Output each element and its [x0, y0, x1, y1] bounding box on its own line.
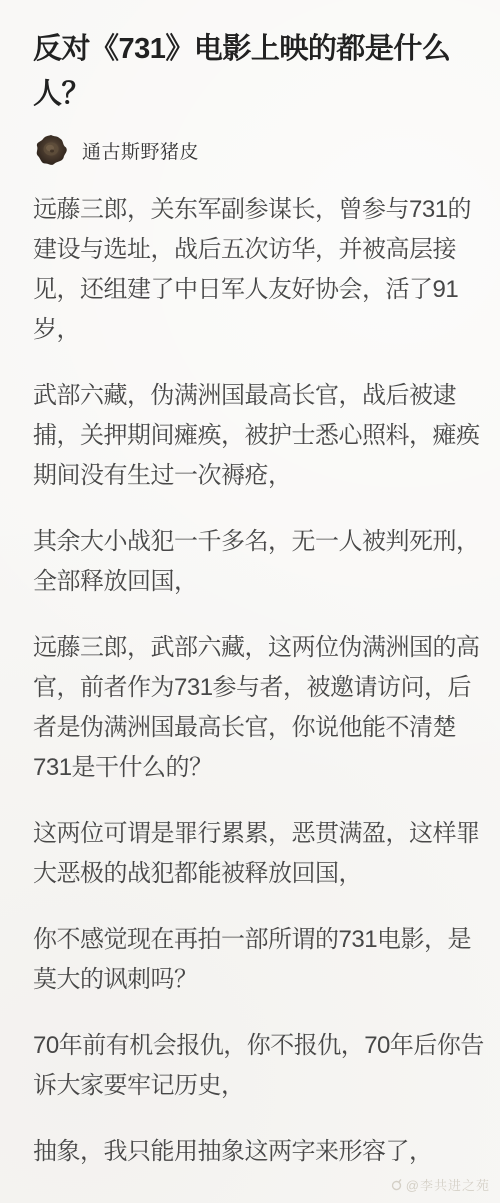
text-line: 诉大家要牢记历史，: [33, 1066, 467, 1106]
paragraph: 抽象，我只能用抽象这两字来形容了，: [33, 1132, 467, 1172]
text-line: 其余大小战犯一千多名，无一人被判死刑，: [33, 522, 467, 562]
post-title: 反对《731》电影上映的都是什么 人？: [33, 27, 467, 117]
text-line: 远藤三郎，关东军副参谋长，曾参与731的: [33, 190, 467, 230]
text-line: 武部六藏，伪满洲国最高长官，战后被逮: [33, 376, 467, 416]
text-line: 这两位可谓是罪行累累，恶贯满盈，这样罪: [33, 814, 467, 854]
camera-badge-icon: [390, 1177, 404, 1191]
text-line: 期间没有生过一次褥疮，: [33, 456, 467, 496]
paragraph: 远藤三郎，武部六藏，这两位伪满洲国的高官，前者作为731参与者，被邀请访问，后者…: [33, 628, 467, 788]
paragraph: 这两位可谓是罪行累累，恶贯满盈，这样罪大恶极的战犯都能被释放回国，: [33, 814, 467, 894]
text-line: 抽象，我只能用抽象这两字来形容了，: [33, 1132, 467, 1172]
author-name[interactable]: 通古斯野猪皮: [82, 137, 199, 164]
text-line: 建设与选址，战后五次访华，并被高层接: [33, 230, 467, 270]
author-row: 通古斯野猪皮: [33, 131, 467, 169]
text-line: 官，前者作为731参与者，被邀请访问，后: [33, 668, 467, 708]
paragraph: 其余大小战犯一千多名，无一人被判死刑，全部释放回国，: [33, 522, 467, 602]
text-line: 70年前有机会报仇，你不报仇，70年后你告: [33, 1026, 467, 1066]
text-line: 岁，: [33, 310, 467, 350]
text-line: 731是干什么的？: [33, 748, 467, 788]
paragraph: 70年前有机会报仇，你不报仇，70年后你告诉大家要牢记历史，: [33, 1026, 467, 1106]
text-line: 远藤三郎，武部六藏，这两位伪满洲国的高: [33, 628, 467, 668]
text-line: 大恶极的战犯都能被释放回国，: [33, 854, 467, 894]
paragraph: 武部六藏，伪满洲国最高长官，战后被逮捕，关押期间瘫痪，被护士悉心照料，瘫痪期间没…: [33, 376, 467, 496]
text-line: 全部释放回国，: [33, 562, 467, 602]
text-line: 你不感觉现在再拍一部所谓的731电影，是: [33, 920, 467, 960]
paragraph: 你不感觉现在再拍一部所谓的731电影，是莫大的讽刺吗？: [33, 920, 467, 1000]
text-line: 者是伪满洲国最高长官，你说他能不清楚: [33, 708, 467, 748]
text-line: 莫大的讽刺吗？: [33, 960, 467, 1000]
boar-pelt-avatar-icon[interactable]: [33, 132, 69, 168]
post-screenshot: 反对《731》电影上映的都是什么 人？ 通古斯野猪皮 远藤三郎，关东军副参谋长，…: [0, 0, 500, 1203]
watermark-text: @李共进之苑: [406, 1175, 490, 1194]
paragraph: 远藤三郎，关东军副参谋长，曾参与731的建设与选址，战后五次访华，并被高层接见，…: [33, 190, 467, 350]
text-line: 见，还组建了中日军人友好协会，活了91: [33, 270, 467, 310]
post-title-line: 反对《731》电影上映的都是什么: [33, 27, 467, 72]
post-title-line: 人？: [33, 72, 467, 117]
watermark: @李共进之苑: [391, 1175, 490, 1194]
post-body: 远藤三郎，关东军副参谋长，曾参与731的建设与选址，战后五次访华，并被高层接见，…: [33, 190, 467, 1172]
text-line: 捕，关押期间瘫痪，被护士悉心照料，瘫痪: [33, 416, 467, 456]
